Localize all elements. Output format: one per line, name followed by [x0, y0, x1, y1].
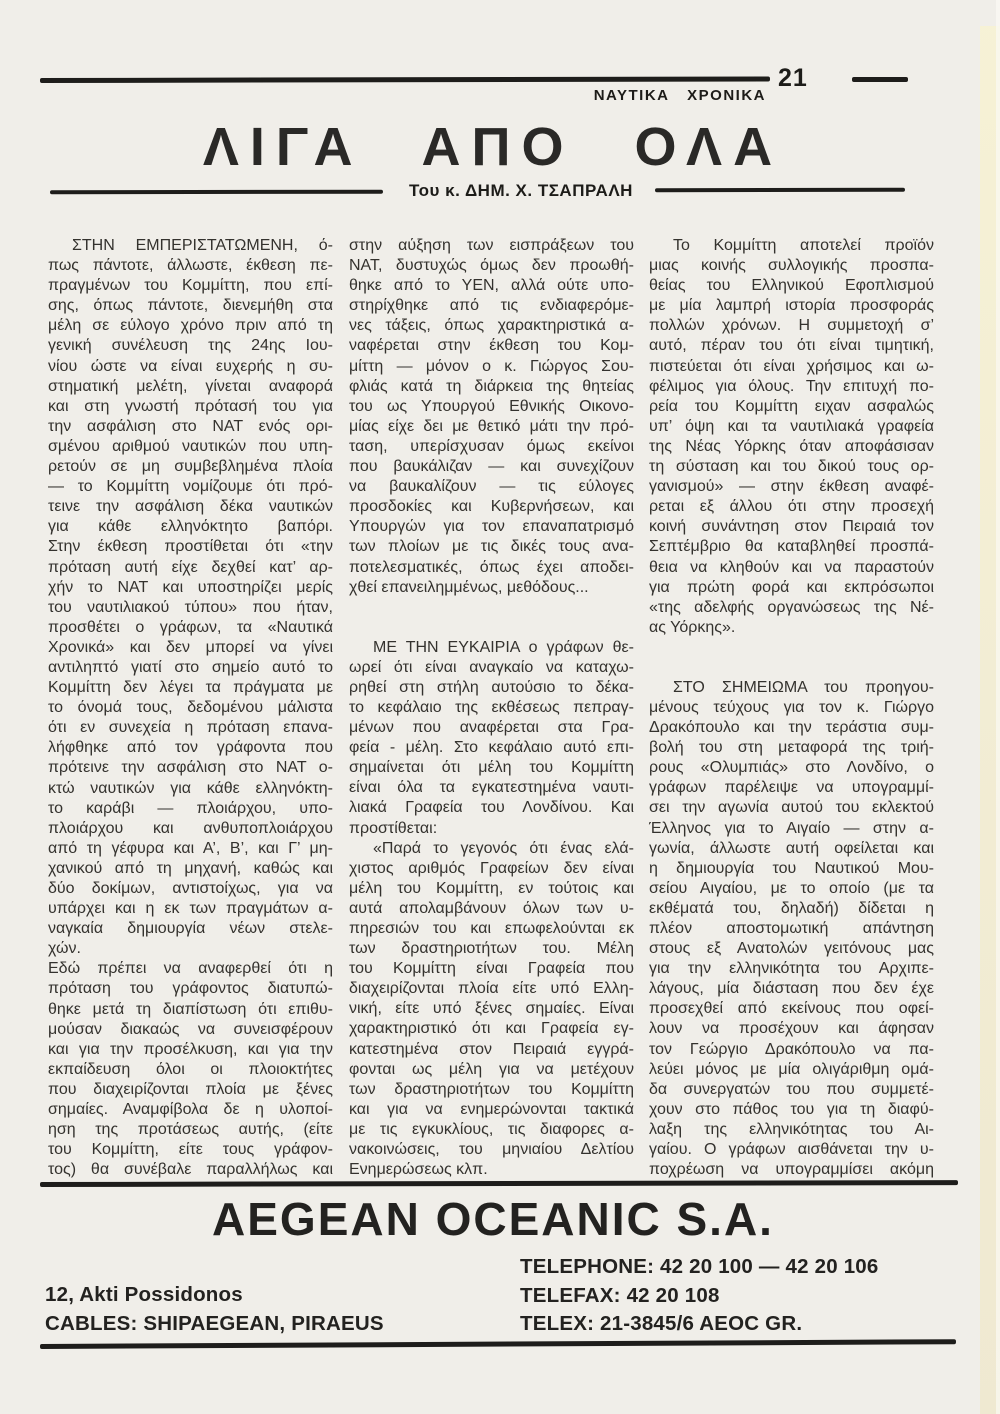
text-line: αυτό, πέραν του ότι είναι τιμητική,	[649, 336, 934, 356]
text-line: σημαίες. Αναμφίβολα δε η υλοποί-	[48, 1100, 333, 1120]
text-line: ωρεί ότι είναι αναγκαίο να καταχω-	[349, 658, 634, 678]
ad-address-block: 12, Akti PossidonosCABLES: SHIPAEGEAN, P…	[45, 1281, 384, 1338]
ad-rule-bottom	[40, 1339, 956, 1349]
text-line: λήφθηκε από τον γράφοντα που	[48, 738, 333, 758]
text-line: αντιληπτό γιατί στο σημείο αυτό το	[48, 658, 333, 678]
text-line: δα συνεργατών του που συμμετέ-	[649, 1080, 934, 1100]
text-line: υπάρχει και η εκ των πραγμάτων α-	[48, 899, 333, 919]
text-line: χανικού από τη μηχανή, καθώς και	[48, 859, 333, 879]
text-line: Ενημερώσεως κλπ.	[349, 1160, 634, 1180]
text-line: είναι όλα τα εγκατεστημένα ναυτι-	[349, 778, 634, 798]
text-line: ΜΕ ΤΗΝ ΕΥΚΑΙΡΙΑ ο γράφων θε-	[349, 638, 634, 658]
article-column-2: στην αύξηση των εισπράξεων τουΝΑΤ, δυστυ…	[349, 236, 634, 1180]
text-line: σημαίνεται ότι μέλη του Κομμίττη	[349, 758, 634, 778]
text-line: του Κομμίττη, είτε τους γράφον-	[48, 1140, 333, 1160]
text-line: για την ελληνικότητα του Αρχιπε-	[649, 959, 934, 979]
text-line: πλέον αποστομωτική απάντηση	[649, 919, 934, 939]
ad-address-line: 12, Akti Possidonos	[45, 1281, 384, 1310]
article-title: ΛΙΓΑ ΑΠΟ ΟΛΑ	[48, 116, 938, 178]
text-line: μιας κοινής συλλογικής προσπα-	[649, 256, 934, 276]
text-line: «Παρά το γεγονός ότι ένας ελά-	[349, 839, 634, 859]
text-line: χαρακτηριστικό ότι και Γραφεία εγ-	[349, 1019, 634, 1039]
text-line: ναγκαία δημιουργία νέων στελε-	[48, 919, 333, 939]
text-line: μέλη σε εύλογο χρόνο πριν από τη	[48, 316, 333, 336]
text-line: προσεχθεί από εκείνους που οφεί-	[649, 999, 934, 1019]
text-line: Στην έκθεση προστίθεται ότι «την	[48, 537, 333, 557]
text-line: προσδοκίες και Κυβερνήσεων, και	[349, 497, 634, 517]
text-line: φεία - μέλη. Στο κεφάλαιο αυτό επι-	[349, 738, 634, 758]
text-line: πλοιάρχου και ανθυποπλοιάρχου	[48, 819, 333, 839]
text-line: νική, είτε υπό ξένες σημαίες. Είναι	[349, 999, 634, 1019]
text-line: ταση, υπερίσχυσαν όμως εκείνοι	[349, 437, 634, 457]
text-line: τεινε την ασφάλιση δέκα ναυτικών	[48, 497, 333, 517]
text-line: ρηθεί στη στήλη αυτούσιο το δέκα-	[349, 678, 634, 698]
text-line: Εδώ πρέπει να αναφερθεί ότι η	[48, 959, 333, 979]
text-line: των πλοίων με τις δικές τους ανα-	[349, 537, 634, 557]
text-line: του Κομμίττη είναι Γραφεία που	[349, 959, 634, 979]
text-line: — το Κομμίττη νομίζουμε ότι πρό-	[48, 477, 333, 497]
byline-rule-right	[655, 188, 905, 192]
ad-contact-block: TELEPHONE: 42 20 100 — 42 20 106TELEFAX:…	[520, 1253, 879, 1339]
text-line: την ασφάλιση στο ΝΑΤ ενός ορι-	[48, 417, 333, 437]
text-line: δύο δοκίμων, αντιστοίχως, για να	[48, 879, 333, 899]
text-line: τη σύσταση και του δικού τους ορ-	[649, 457, 934, 477]
text-line: γενική συνέλευση της 24ης Ιου-	[48, 336, 333, 356]
text-line: νίου ώστε να είναι ευχερής η συ-	[48, 357, 333, 377]
text-line: γανισμού» — στην έκθεση αναφέ-	[649, 477, 934, 497]
text-line: ρεία του Κομμίττη ειχαν ασφαλώς	[649, 397, 934, 417]
ad-rule-top	[40, 1180, 958, 1187]
text-line: ΣΤΟ ΣΗΜΕΙΩΜΑ του προηγου-	[649, 678, 934, 698]
text-line: νακοινώσεις, του μηνιαίου Δελτίου	[349, 1140, 634, 1160]
scan-edge-highlight	[996, 0, 1000, 1414]
text-line: μένων που αναφέρεται στα Γρα-	[349, 718, 634, 738]
text-line: μέλη του Κομμίττη, εν τούτοις και	[349, 879, 634, 899]
text-line: εκθέματά του, δηλαδή) δίδεται η	[649, 899, 934, 919]
text-line: λεύει μόνος με μία ολιγάριθμη ομά-	[649, 1060, 934, 1080]
text-line: θηκε από το ΥΕΝ, αλλά ούτε υπο-	[349, 276, 634, 296]
text-line: ποτελεσματικές, όπως έχει αποδει-	[349, 558, 634, 578]
text-line: λουν να προσέχουν και άφησαν	[649, 1019, 934, 1039]
text-line: πρόταση του γράφοντος διατυπώ-	[48, 979, 333, 999]
text-line: πρόταση αυτή είχε δεχθεί κατ’ αρ-	[48, 558, 333, 578]
text-line: ρεται εξ άλλου ότι στην προσεχή	[649, 497, 934, 517]
text-line: Χρονικά» και δεν μπορεί να γίνει	[48, 638, 333, 658]
text-line: ναφέρεται στην έκθεση του Κομ-	[349, 336, 634, 356]
text-line: κτώ ναυτικών για κάθε ελληνόκτη-	[48, 779, 333, 799]
text-line: φλιάς κατά τη διάρκεια της θητείας	[349, 377, 634, 397]
text-line: σης, όπως πάντοτε, διενεμήθη στα	[48, 296, 333, 316]
text-line: Έλληνος για το Αιγαίο — στην α-	[649, 819, 934, 839]
text-line: χουν στο πάθος του για τη διαφύ-	[649, 1100, 934, 1120]
text-line: που διαχειρίζονται πλοία με ξένες	[48, 1080, 333, 1100]
text-line: γαίου. Ο γράφων αισθάνεται την υ-	[649, 1140, 934, 1160]
text-line: πρότεινε την ασφάλιση στο ΝΑΤ ο-	[48, 758, 333, 778]
ad-contact-line: TELEX: 21-3845/6 AEOC GR.	[520, 1310, 879, 1339]
paragraph: ΜΕ ΤΗΝ ΕΥΚΑΙΡΙΑ ο γράφων θε-ωρεί ότι είν…	[349, 638, 634, 839]
byline-rule-left	[50, 190, 383, 195]
text-line: σείου Αιγαίου, με το οποίο (με τα	[649, 879, 934, 899]
text-line: του ως Υπουργού Εθνικής Οικονο-	[349, 397, 634, 417]
text-line: θηκε μετά τη διαπίστωση ότι επιθυ-	[48, 1000, 333, 1020]
byline: Του κ. ΔΗΜ. Χ. ΤΣΑΠΡΑΛΗ	[385, 181, 657, 201]
text-line: ρετούν σε μη συμβεβλημένα πλοία	[48, 457, 333, 477]
text-line: πηρεσιών του και επωφελούνται εκ	[349, 919, 634, 939]
text-line: των δραστηριοτήτων του Κομμίττη	[349, 1080, 634, 1100]
text-line: «της αδελφής οργανώσεως της Νέ-	[649, 598, 934, 618]
text-line: πραγμένων του Κομμίττη, που επί-	[48, 276, 333, 296]
text-line: ΣΤΗΝ ΕΜΠΕΡΙΣΤΑΤΩΜΕΝΗ, ό-	[48, 236, 333, 256]
header-rule-short	[852, 77, 908, 82]
text-line: σμένου αριθμού ναυτικών που υπη-	[48, 437, 333, 457]
text-line: μίας είχε δει με θετικό μάτι την πρό-	[349, 417, 634, 437]
text-line: φονται ως μέλη για να μετέχουν	[349, 1060, 634, 1080]
ad-company-name: AEGEAN OCEANIC S.A.	[48, 1192, 938, 1246]
text-line: του ναυτιλιακού τύπου» που ήταν,	[48, 598, 333, 618]
text-line: το καράβι — πλοιάρχου, υπο-	[48, 799, 333, 819]
text-line: λάγους, μία διάσταση που δεν έχε	[649, 979, 934, 999]
text-line: μίττη — μόνον ο κ. Γιώργος Σου-	[349, 357, 634, 377]
text-line: τος) θα συνέβαλε παραλλήλως και	[48, 1160, 333, 1180]
text-line: προστίθεται:	[349, 819, 634, 839]
text-line: πολλών χρόνων. Η συμμετοχή σ’	[649, 316, 934, 336]
magazine-page: 21 ΝΑΥΤΙΚΑ ΧΡΟΝΙΚΑ ΛΙΓΑ ΑΠΟ ΟΛΑ Του κ. Δ…	[0, 0, 1000, 1414]
text-line: μένους τεύχους για τον κ. Γιώργο	[649, 698, 934, 718]
paragraph: Το Κομμίττη αποτελεί προϊόνμιας κοινής σ…	[649, 236, 934, 638]
text-line: των δραστηριοτήτων του. Μέλη	[349, 939, 634, 959]
paragraph: Εδώ πρέπει να αναφερθεί ότι ηπρόταση του…	[48, 959, 333, 1180]
text-line: μούσαν διακαώς να συνεισφέρουν	[48, 1020, 333, 1040]
text-line: πως πάντοτε, άλλωστε, έκθεση πε-	[48, 256, 333, 276]
text-line: ΝΑΤ, δυστυχώς όμως δεν προωθή-	[349, 256, 634, 276]
text-line: και στη γνωστή πρότασή του για	[48, 397, 333, 417]
text-line: ρους «Ολυμπιάς» στο Λονδίνο, ο	[649, 758, 934, 778]
text-line: γωνία, άλλωστε αυτή οφείλεται και	[649, 839, 934, 859]
header-rule	[40, 76, 770, 83]
ad-contact-line: TELEFAX: 42 20 108	[520, 1282, 879, 1311]
text-line: στην αύξηση των εισπράξεων του	[349, 236, 634, 256]
text-line: διαχειρίζονται πλοία είτε υπό Ελλη-	[349, 979, 634, 999]
text-line: στηρίχθηκε από τις ενδιαφερόμε-	[349, 296, 634, 316]
text-line: κατεστημένα στον Πειραιά εγγρά-	[349, 1040, 634, 1060]
text-line: με μία λαμπρή ιστορία προσφοράς	[649, 296, 934, 316]
article-column-3: Το Κομμίττη αποτελεί προϊόνμιας κοινής σ…	[649, 236, 934, 1180]
text-line: Υπουργών για τον επαναπατρισμό	[349, 517, 634, 537]
text-line: γράφων παρέλειψε να υπογραμμί-	[649, 778, 934, 798]
text-line: εκπαίδευση όλοι οι πλοιοκτήτες	[48, 1060, 333, 1080]
magazine-title: ΝΑΥΤΙΚΑ ΧΡΟΝΙΚΑ	[540, 87, 766, 104]
ad-address-line: CABLES: SHIPAEGEAN, PIRAEUS	[45, 1310, 384, 1339]
text-line: ποχρέωση να υπογραμμίσει ακόμη	[649, 1160, 934, 1180]
text-line: το όνομά τους, δεδομένου μάλιστα	[48, 698, 333, 718]
text-line: ας Υόρκης».	[649, 618, 934, 638]
text-line: για πρώτη φορά και εκπρόσωποι	[649, 578, 934, 598]
text-line: να βαυκαλίζουν — τις εύλογες	[349, 477, 634, 497]
text-line: λαξη της ελληνικότητας του Αι-	[649, 1120, 934, 1140]
text-line: χθεί επανειλημμένως, μεθόδους...	[349, 578, 634, 598]
text-line: λιακά Γραφεία του Λονδίνου. Και	[349, 798, 634, 818]
text-line: τον Γεώργιο Δρακόπουλο να πα-	[649, 1040, 934, 1060]
text-line: χήν το ΝΑΤ και υποστηρίζει μερίς	[48, 578, 333, 598]
text-line: που βαυκάλιζαν — και συνεχίζουν	[349, 457, 634, 477]
text-line: ότι εν συνεχεία η πρόταση επανα-	[48, 718, 333, 738]
text-line: το κεφάλαιο της εκθέσεως πεπραγ-	[349, 698, 634, 718]
text-line: Κομμίττη δεν λέγει τα πράγματα με	[48, 678, 333, 698]
text-line: προσθέτει ο γράφων, τα «Ναυτικά	[48, 618, 333, 638]
text-line: πιστεύεται ότι είναι χρήσιμος και ω-	[649, 357, 934, 377]
text-line: βολή του στη μεταφορά της τριή-	[649, 738, 934, 758]
text-line: στηματική μελέτη, γίνεται αναφορά	[48, 377, 333, 397]
text-line: με τις εγκυκλίους, τις διαφορες α-	[349, 1120, 634, 1140]
text-line: θεια να κληθούν και να παραστούν	[649, 558, 934, 578]
text-line: Σεπτέμβριο θα καταβληθεί προσπά-	[649, 537, 934, 557]
text-line: από τη γέφυρα και Α’, Β’, και Γ’ μη-	[48, 839, 333, 859]
text-line: Το Κομμίττη αποτελεί προϊόν	[649, 236, 934, 256]
text-line: σει την αγωνία αυτού του εκλεκτού	[649, 798, 934, 818]
paragraph: ΣΤΗΝ ΕΜΠΕΡΙΣΤΑΤΩΜΕΝΗ, ό-πως πάντοτε, άλλ…	[48, 236, 333, 959]
paragraph: στην αύξηση των εισπράξεων τουΝΑΤ, δυστυ…	[349, 236, 634, 598]
text-line: υπ’ όψη και τα ναυτιλιακά γραφεία	[649, 417, 934, 437]
text-line: της Νέας Υόρκης όταν αποφάσισαν	[649, 437, 934, 457]
text-line: χιστος αριθμός Γραφείων δεν είναι	[349, 859, 634, 879]
text-line: για κάθε ελληνόκτητο βαπόρι.	[48, 517, 333, 537]
text-line: θείας του Ελληνικού Εφοπλισμού	[649, 276, 934, 296]
text-line: ηση της προτάσεως αυτής, (είτε	[48, 1120, 333, 1140]
text-line: η δημιουργία του Ναυτικού Μου-	[649, 859, 934, 879]
text-line: αυτά απολαμβάνουν όλων των υ-	[349, 899, 634, 919]
paragraph: «Παρά το γεγονός ότι ένας ελά-χιστος αρι…	[349, 839, 634, 1181]
paragraph: ΣΤΟ ΣΗΜΕΙΩΜΑ του προηγου-μένους τεύχους …	[649, 678, 934, 1180]
text-line: Δρακόπουλο και την τεράστια συμ-	[649, 718, 934, 738]
text-line: νες τάξεις, όπως χαρακτηριστικά α-	[349, 316, 634, 336]
text-line: στους εξ Ανατολών γειτόνους μας	[649, 939, 934, 959]
text-line: και για να ενημερώνονται τακτικά	[349, 1100, 634, 1120]
text-line: κοινή συνάντηση στον Πειραιά τον	[649, 517, 934, 537]
text-line: φέλιμος για όλους. Την επιτυχή πο-	[649, 377, 934, 397]
text-line: και για την προσέλκυση, και για την	[48, 1040, 333, 1060]
text-line: χών.	[48, 939, 333, 959]
ad-contact-line: TELEPHONE: 42 20 100 — 42 20 106	[520, 1253, 879, 1282]
article-column-1: ΣΤΗΝ ΕΜΠΕΡΙΣΤΑΤΩΜΕΝΗ, ό-πως πάντοτε, άλλ…	[48, 236, 333, 1180]
page-number: 21	[778, 64, 808, 93]
